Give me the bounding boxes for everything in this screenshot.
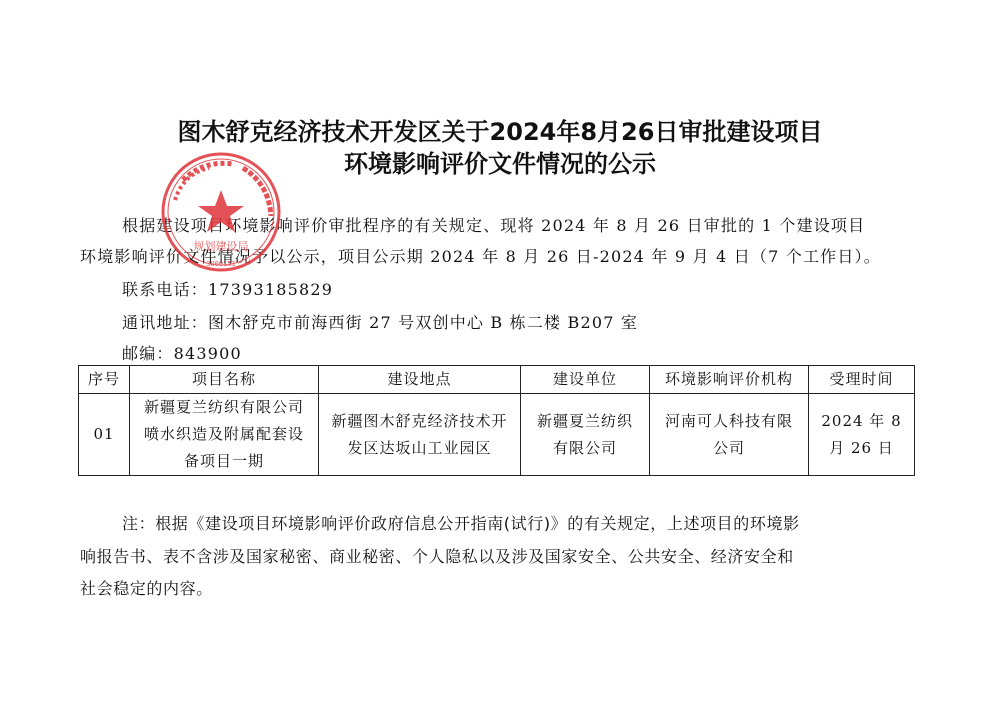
note-line-3: 社会稳定的内容。 xyxy=(80,579,213,599)
header-eia-agency: 环境影响评价机构 xyxy=(650,366,809,394)
contact-address: 通讯地址：图木舒克市前海西街 27 号双创中心 B 栋二楼 B207 室 xyxy=(122,313,638,333)
project-table: 序号 项目名称 建设地点 建设单位 环境影响评价机构 受理时间 01 新疆夏兰纺… xyxy=(78,365,915,476)
table-row: 01 新疆夏兰纺织有限公司喷水织造及附属配套设备项目一期 新疆图木舒克经济技术开… xyxy=(79,394,915,476)
cell-location: 新疆图木舒克经济技术开发区达坂山工业园区 xyxy=(319,394,521,476)
header-project-name: 项目名称 xyxy=(130,366,319,394)
contact-phone: 联系电话：17393185829 xyxy=(122,280,333,300)
header-builder: 建设单位 xyxy=(521,366,650,394)
header-accept-date: 受理时间 xyxy=(809,366,915,394)
cell-no: 01 xyxy=(79,394,130,476)
document-title-line-2: 环境影响评价文件情况的公示 xyxy=(0,149,1000,179)
header-location: 建设地点 xyxy=(319,366,521,394)
document-title-line-1: 图木舒克经济技术开发区关于2024年8月26日审批建设项目 xyxy=(0,117,1000,147)
note-line-1: 注：根据《建设项目环境影响评价政府信息公开指南(试行)》的有关规定，上述项目的环… xyxy=(122,514,800,534)
note-line-2: 响报告书、表不含涉及国家秘密、商业秘密、个人隐私以及涉及国家安全、公共安全、经济… xyxy=(80,547,794,567)
header-no: 序号 xyxy=(79,366,130,394)
postcode: 邮编：843900 xyxy=(122,344,242,364)
table-header-row: 序号 项目名称 建设地点 建设单位 环境影响评价机构 受理时间 xyxy=(79,366,915,394)
intro-paragraph-line-1: 根据建设项目环境影响评价审批程序的有关规定、现将 2024 年 8 月 26 日… xyxy=(122,216,865,236)
cell-project-name: 新疆夏兰纺织有限公司喷水织造及附属配套设备项目一期 xyxy=(130,394,319,476)
intro-paragraph-line-2: 环境影响评价文件情况予以公示，项目公示期 2024 年 8 月 26 日-202… xyxy=(80,247,881,267)
cell-accept-date: 2024 年 8 月 26 日 xyxy=(809,394,915,476)
cell-builder: 新疆夏兰纺织有限公司 xyxy=(521,394,650,476)
cell-eia-agency: 河南可人科技有限公司 xyxy=(650,394,809,476)
